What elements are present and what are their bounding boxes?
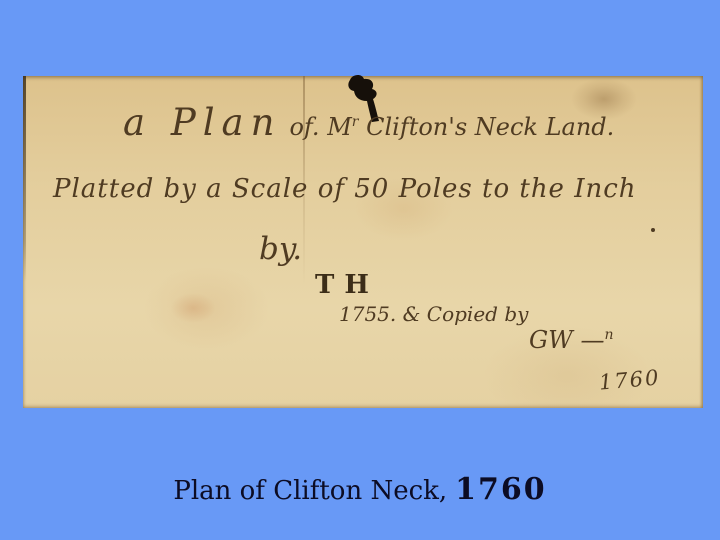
title-lead: a Plan	[123, 101, 281, 144]
slide-caption: Plan of Clifton Neck,1760	[0, 473, 720, 511]
scale-line: Platted by a Scale of 50 Poles to the In…	[53, 176, 637, 202]
paper-edge	[23, 76, 26, 282]
manuscript-year: 1760	[598, 367, 661, 393]
caption-year: 1760	[455, 472, 547, 507]
copyist-superscript: n	[604, 327, 613, 343]
title-mid: of. M	[289, 113, 351, 141]
caption-text: Plan of Clifton Neck,	[173, 476, 447, 506]
paper-stain	[163, 288, 223, 328]
copied-line: 1755. & Copied by	[339, 304, 528, 324]
copyist-signature: GW —n	[529, 328, 614, 352]
slide-background: a Planof. Mr Clifton's Neck Land. Platte…	[0, 0, 720, 540]
by-word: by.	[259, 234, 302, 265]
ink-dot	[651, 228, 655, 232]
surveyor-initials: TH	[315, 272, 379, 298]
manuscript-scan: a Planof. Mr Clifton's Neck Land. Platte…	[23, 76, 703, 408]
copyist-initials: GW —	[529, 326, 604, 354]
title-rest: Clifton's Neck Land.	[358, 113, 614, 141]
manuscript-title-line: a Planof. Mr Clifton's Neck Land.	[123, 104, 614, 141]
